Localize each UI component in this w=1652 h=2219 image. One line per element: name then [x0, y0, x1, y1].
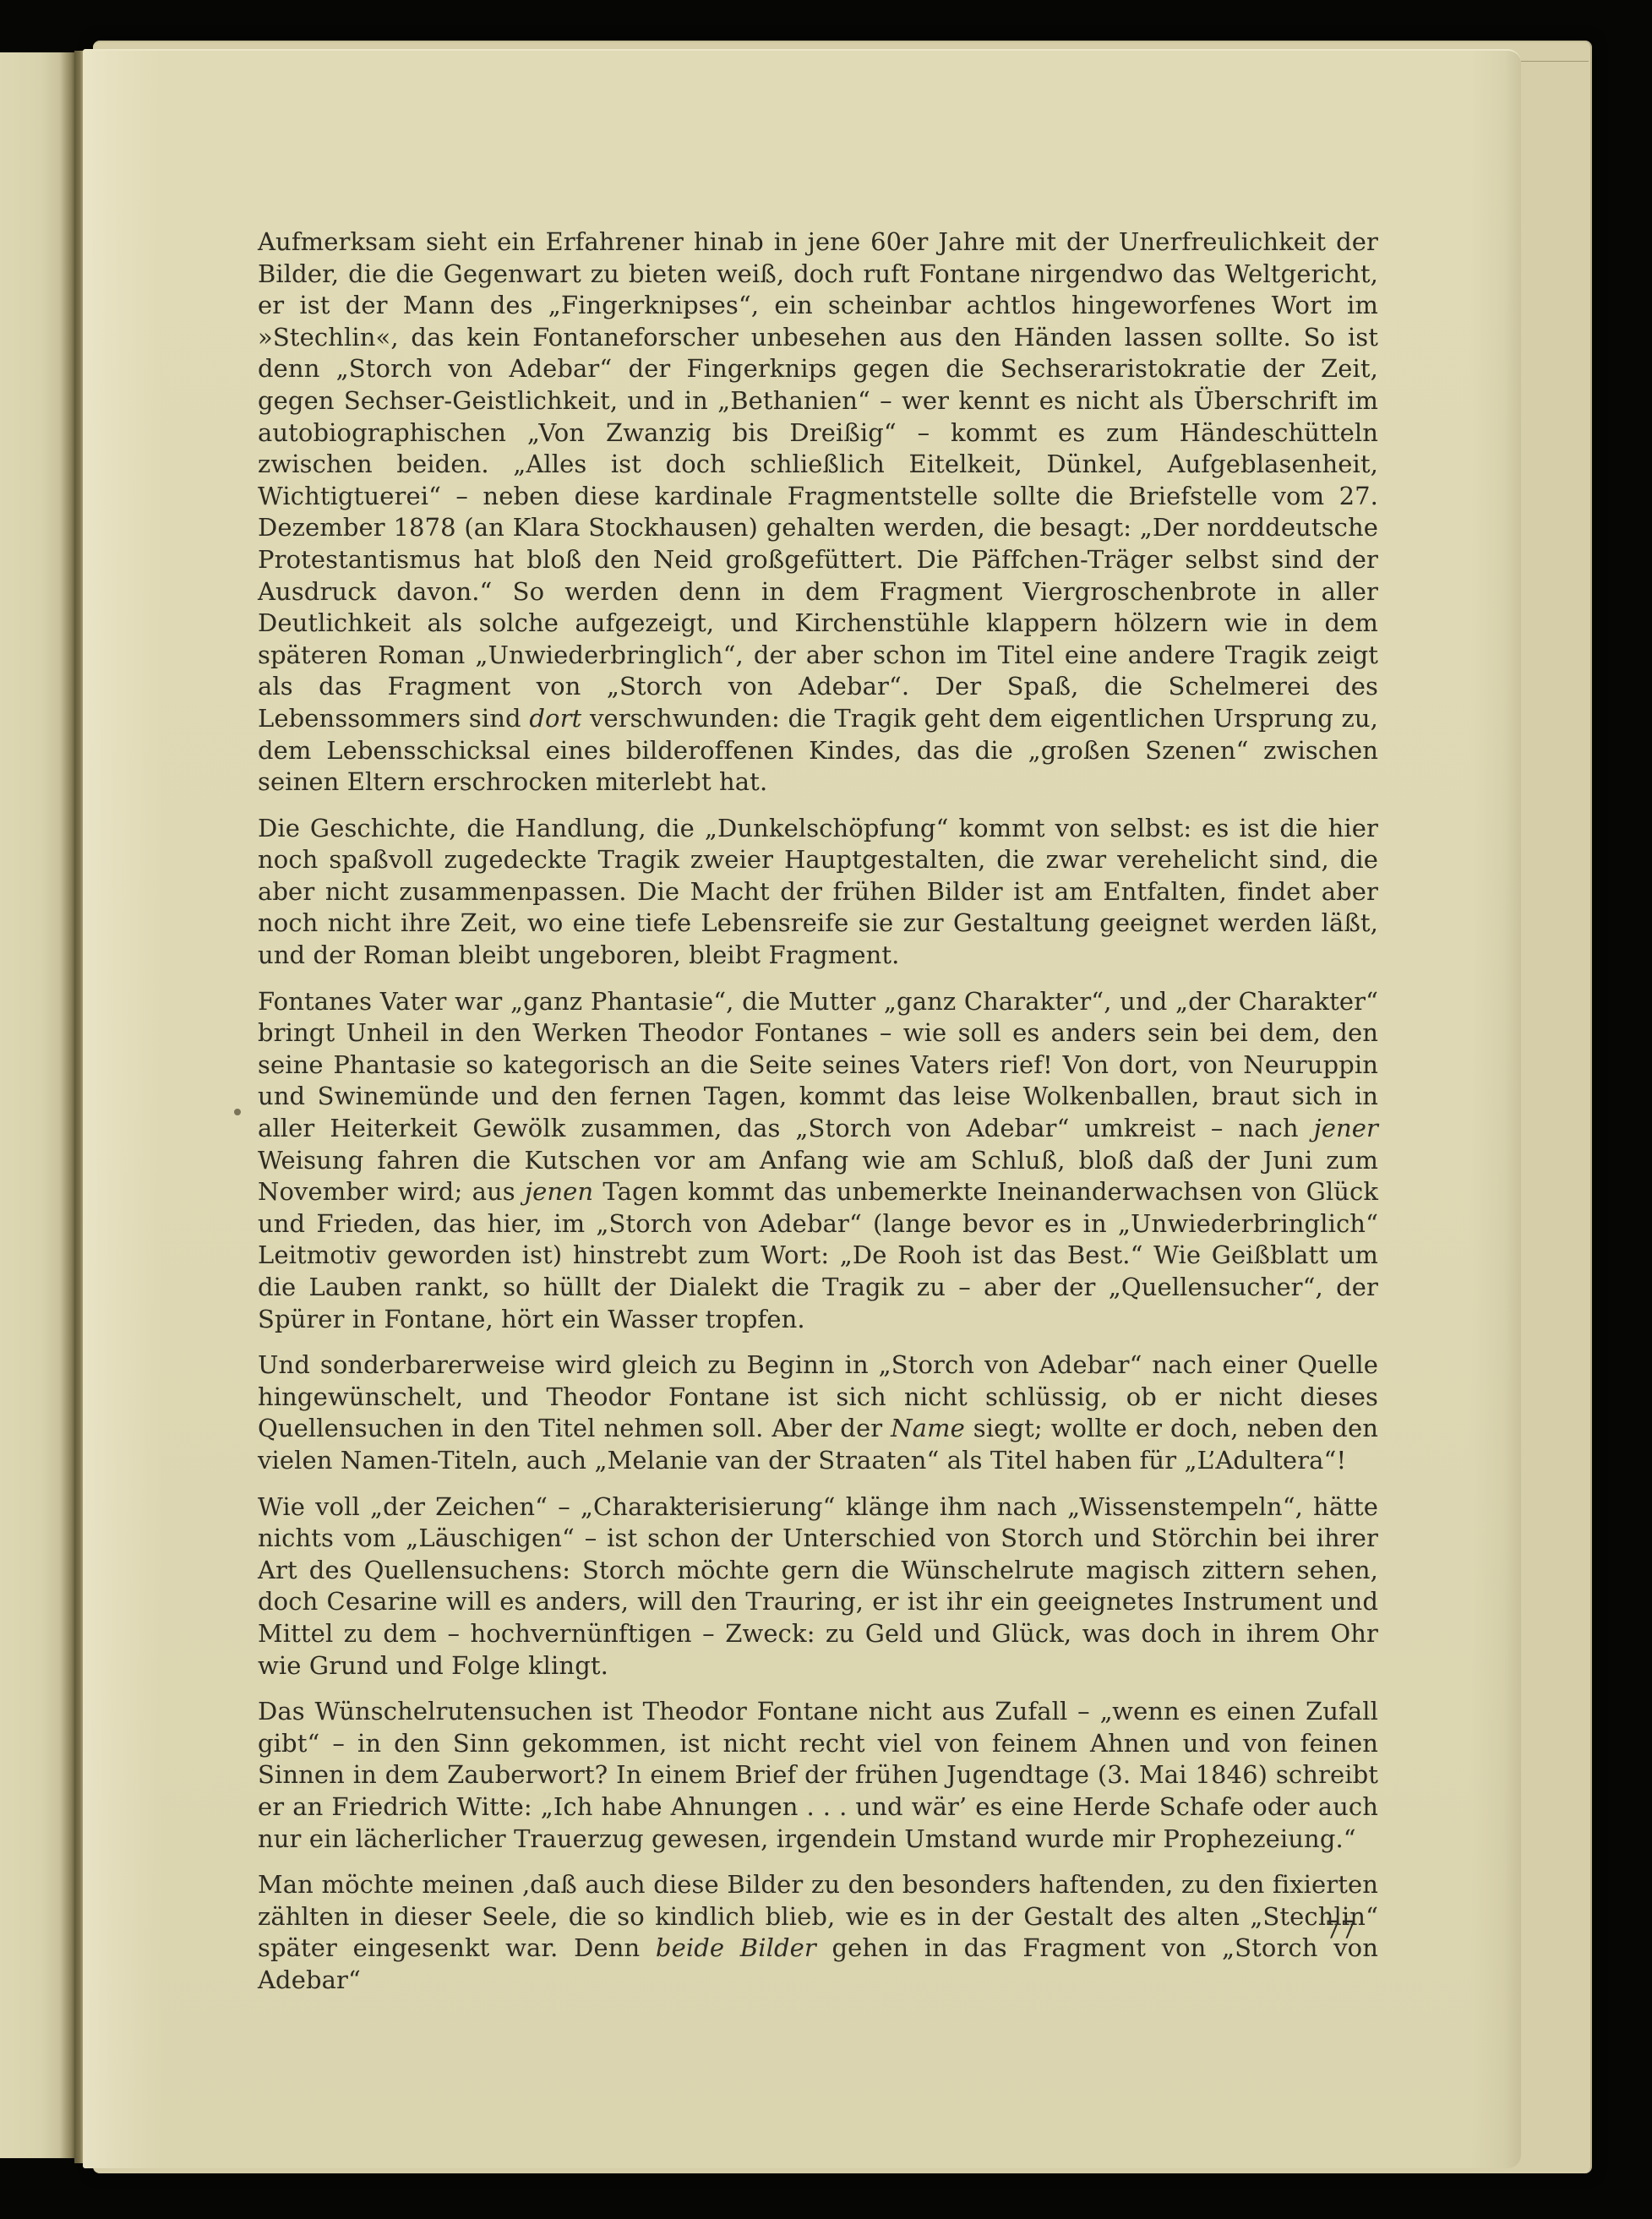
body-text: Aufmerksam sieht ein Erfahrener hinab in…	[258, 227, 1378, 733]
emphasized-text: Name	[891, 1414, 965, 1442]
facing-page-edge	[0, 52, 74, 2158]
ink-dot	[234, 1109, 241, 1115]
body-text: Fontanes Vater war „ganz Phantasie“, die…	[258, 987, 1378, 1142]
book-scan: Aufmerksam sieht ein Erfahrener hinab in…	[0, 0, 1652, 2219]
paragraph: Die Geschichte, die Handlung, die „Dunke…	[258, 813, 1378, 972]
paragraph: Fontanes Vater war „ganz Phantasie“, die…	[258, 986, 1378, 1336]
emphasized-text: jenen	[525, 1177, 593, 1206]
paragraph: Aufmerksam sieht ein Erfahrener hinab in…	[258, 226, 1378, 799]
page-number: 77	[258, 1915, 1378, 1947]
body-text: Das Wünschelrutensuchen ist Theodor Font…	[258, 1697, 1378, 1852]
text-block: Aufmerksam sieht ein Erfahrener hinab in…	[258, 226, 1378, 2010]
paragraph: Und sonderbarerweise wird gleich zu Begi…	[258, 1349, 1378, 1476]
emphasized-text: dort	[529, 704, 581, 733]
paragraph: Wie voll „der Zeichen“ – „Charakterisier…	[258, 1491, 1378, 1682]
body-text: Die Geschichte, die Handlung, die „Dunke…	[258, 814, 1378, 969]
body-text: Wie voll „der Zeichen“ – „Charakterisier…	[258, 1492, 1378, 1680]
paragraph: Das Wünschelrutensuchen ist Theodor Font…	[258, 1696, 1378, 1855]
emphasized-text: jener	[1314, 1114, 1378, 1142]
